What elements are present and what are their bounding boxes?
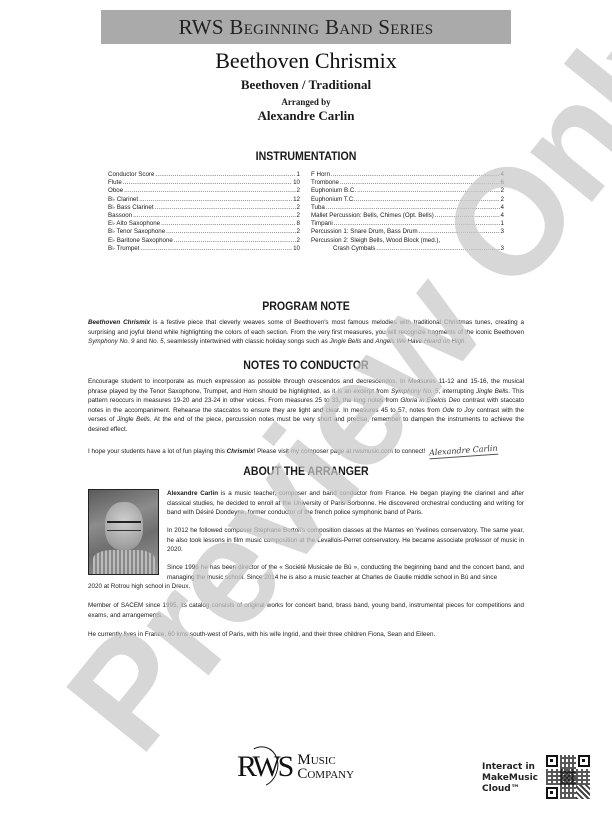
bio-paragraph-5: He currently lives in France, 60 kms sou…	[88, 630, 524, 640]
about-arranger-heading: ABOUT THE ARRANGER	[24, 466, 587, 478]
leader-dots	[356, 196, 500, 204]
instrument-count: 1	[297, 171, 300, 179]
logo-line-2: Company	[297, 766, 354, 782]
closing-fragment: ! Please visit my composer page at rwsmu…	[254, 448, 426, 455]
instrument-count: 3	[501, 228, 504, 236]
instrument-name: B♭ Clarinet	[108, 196, 138, 204]
instrument-row: Crash Cymbals3	[311, 245, 504, 253]
instrument-name: E♭ Baritone Saxophone	[108, 237, 173, 245]
instrument-row: B♭ Trumpet10	[108, 245, 300, 253]
leader-dots	[326, 204, 500, 212]
composer-credit: Beethoven / Traditional	[0, 77, 612, 93]
work-title: Gloria in Exelcis Deo	[400, 397, 460, 404]
instrument-count: 2	[501, 187, 504, 195]
instrument-name: B♭ Bass Clarinet	[108, 204, 154, 212]
instrument-count: 10	[293, 245, 300, 253]
rws-music-company-logo: RWS Music Company	[237, 752, 354, 782]
notes-fragment: , interrupting	[438, 388, 476, 395]
work-title: Jingle Bells	[330, 338, 362, 345]
leader-dots	[376, 245, 499, 253]
work-title: Ode to Joy	[442, 407, 474, 414]
photo-shirt	[93, 550, 155, 575]
leader-dots	[161, 220, 295, 228]
instrument-row: Percussion 1: Snare Drum, Bass Drum3	[311, 228, 504, 236]
instrument-row: Percussion 2: Sleigh Bells, Wood Block (…	[311, 237, 504, 245]
leader-dots	[155, 204, 296, 212]
instrument-row: Trombone6	[311, 179, 504, 187]
instrument-row: Euphonium T.C.2	[311, 196, 504, 204]
instrumentation-heading: INSTRUMENTATION	[24, 151, 587, 163]
instrument-name: Tuba	[311, 204, 325, 212]
instrument-count: 4	[501, 204, 504, 212]
instrument-name: F Horn	[311, 171, 330, 179]
instrument-count: 2	[297, 187, 300, 195]
instrument-row: B♭ Tenor Saxophone2	[108, 228, 300, 236]
instrument-row: B♭ Bass Clarinet2	[108, 204, 300, 212]
instrument-row: Bassoon2	[108, 212, 300, 220]
instrument-name: Mallet Percussion: Bells, Chimes (Opt. B…	[311, 212, 434, 220]
photo-glasses	[107, 521, 141, 531]
instrument-row: B♭ Clarinet12	[108, 196, 300, 204]
work-title: Angels We Have Heard on High	[375, 338, 464, 345]
leader-dots	[419, 228, 500, 236]
leader-dots	[124, 187, 295, 195]
instrument-count: 10	[293, 179, 300, 187]
leader-dots	[174, 237, 296, 245]
rws-logo-mark: RWS	[237, 752, 291, 782]
notes-fragment: . At the end of the piece, percussion no…	[88, 416, 524, 433]
instrument-count: 2	[297, 212, 300, 220]
leader-dots	[435, 212, 500, 220]
instrumentation-list-right: F Horn4Trombone6Euphonium B.C.2Euphonium…	[311, 171, 504, 253]
bio-paragraph-2: In 2012 he followed composer Stéphane Bo…	[167, 526, 524, 555]
notes-to-conductor-text: Encourage student to incorporate as much…	[88, 377, 524, 435]
instrumentation-list-left: Conductor Score1Flute10Oboe2B♭ Clarinet1…	[108, 171, 300, 253]
instrument-name: Crash Cymbals	[311, 245, 375, 253]
instrument-row: Timpani1	[311, 220, 504, 228]
instrument-name: Conductor Score	[108, 171, 154, 179]
makemusic-line-2: MakeMusic	[482, 773, 538, 784]
closing-piece-name: Chrismix	[227, 448, 254, 455]
arranger-name: Alexandre Carlin	[0, 108, 612, 124]
instrument-count: 4	[501, 171, 504, 179]
instrument-name: B♭ Trumpet	[108, 245, 139, 253]
instrument-name: Euphonium B.C.	[311, 187, 356, 195]
work-title: Jingle Bells	[117, 416, 150, 423]
instrument-row: Euphonium B.C.2	[311, 187, 504, 195]
leader-dots	[340, 179, 500, 187]
program-note-title: Beethoven Chrismix	[88, 319, 150, 326]
program-note-text: Beethoven Chrismix is a festive piece th…	[88, 318, 524, 347]
instrument-count: 8	[297, 220, 300, 228]
instrument-row: E♭ Baritone Saxophone2	[108, 237, 300, 245]
bio-paragraph-3-continued: 2020 at Rotrou high school in Dreux.	[88, 582, 524, 592]
work-title: Symphony No. 9	[88, 338, 135, 345]
instrument-row: Oboe2	[108, 187, 300, 195]
leader-dots	[334, 220, 500, 228]
instrument-count: 6	[501, 179, 504, 187]
program-note-fragment: , seamlessly intertwined with classic ho…	[164, 338, 330, 345]
work-title: Symphony No. 5	[391, 388, 438, 395]
qr-code-icon[interactable]	[546, 755, 590, 799]
program-note-fragment: .	[465, 338, 467, 345]
piece-title: Beethoven Chrismix	[0, 48, 612, 74]
instrument-name: B♭ Tenor Saxophone	[108, 228, 165, 236]
instrument-row: Mallet Percussion: Bells, Chimes (Opt. B…	[311, 212, 504, 220]
series-banner: RWS Beginning Band Series	[101, 10, 511, 44]
instrument-count: 1	[501, 220, 504, 228]
instrument-count: 4	[501, 212, 504, 220]
instrument-count: 2	[297, 237, 300, 245]
leader-dots	[123, 179, 292, 187]
instrument-count: 3	[501, 245, 504, 253]
instrument-name: Bassoon	[108, 212, 132, 220]
program-note-fragment: and	[361, 338, 375, 345]
bio-paragraph-4: Member of SACEM since 1995, its catalog …	[88, 601, 524, 620]
instrument-row: F Horn4	[311, 171, 504, 179]
instrument-name: Euphonium T.C.	[311, 196, 355, 204]
instrument-count: 12	[293, 196, 300, 204]
qr-modules	[576, 785, 590, 799]
instrument-name: E♭ Alto Saxophone	[108, 220, 160, 228]
qr-finder	[578, 755, 590, 767]
instrument-count: 2	[501, 196, 504, 204]
bio-text: is a music teacher, composer and band co…	[167, 490, 524, 516]
program-note-fragment: is a festive piece that cleverly weaves …	[88, 319, 524, 336]
instrument-name: Trombone	[311, 179, 339, 187]
work-title: No. 5	[149, 338, 164, 345]
closing-note: I hope your students have a lot of fun p…	[88, 446, 524, 457]
makemusic-line-1: Interact in	[482, 762, 538, 773]
instrument-row: Tuba4	[311, 204, 504, 212]
instrument-row: Flute10	[108, 179, 300, 187]
closing-fragment: I hope your students have a lot of fun p…	[88, 448, 227, 455]
instrument-name: Oboe	[108, 187, 123, 195]
makemusic-cloud-label: Interact in MakeMusic Cloud™	[482, 762, 538, 795]
leader-dots	[357, 187, 499, 195]
instrument-name: Percussion 1: Snare Drum, Bass Drum	[311, 228, 418, 236]
leader-dots	[139, 196, 292, 204]
bio-name: Alexandre Carlin	[167, 490, 218, 497]
bio-paragraph-1: Alexandre Carlin is a music teacher, com…	[167, 489, 524, 518]
leader-dots	[140, 245, 292, 253]
leader-dots	[155, 171, 295, 179]
makemusic-line-3: Cloud™	[482, 784, 538, 795]
qr-finder	[546, 755, 558, 767]
instrument-name: Percussion 2: Sleigh Bells, Wood Block (…	[311, 237, 440, 245]
arranged-by-label: Arranged by	[0, 97, 612, 107]
leader-dots	[331, 171, 500, 179]
program-note-fragment: and	[135, 338, 149, 345]
arranger-photo	[88, 489, 159, 575]
arranger-signature: Alexandre Carlin	[429, 444, 498, 459]
qr-finder	[546, 787, 558, 799]
instrument-name: Flute	[108, 179, 122, 187]
bio-paragraph-3: Since 1996 he has been director of the «…	[167, 563, 524, 582]
instrument-count: 2	[297, 228, 300, 236]
qr-modules	[546, 769, 590, 785]
work-title: Jingle Bells	[476, 388, 508, 395]
series-title: RWS Beginning Band Series	[179, 15, 434, 40]
leader-dots	[166, 228, 295, 236]
leader-dots	[133, 212, 295, 220]
notes-to-conductor-heading: NOTES TO CONDUCTOR	[24, 360, 587, 372]
rws-logo-name: Music Company	[297, 753, 354, 781]
instrument-name: Timpani	[311, 220, 333, 228]
program-note-heading: PROGRAM NOTE	[24, 301, 587, 313]
instrument-count: 2	[297, 204, 300, 212]
instrument-row: Conductor Score1	[108, 171, 300, 179]
instrument-row: E♭ Alto Saxophone8	[108, 220, 300, 228]
